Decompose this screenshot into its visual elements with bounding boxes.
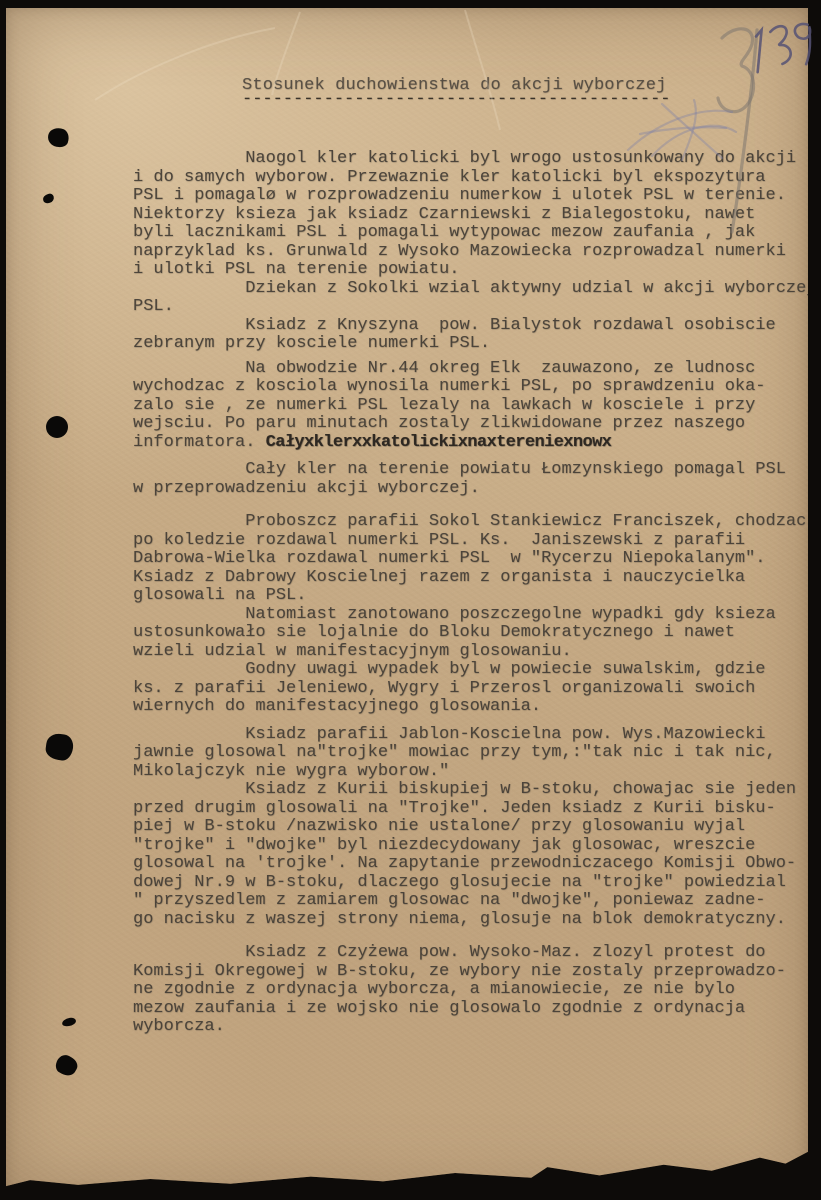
punch-hole xyxy=(61,1017,76,1027)
typed-overstrike-text: Całyxklerxxkatolickixnaxtereniexnowx xyxy=(266,433,612,452)
document-body: Naogol kler katolicki byl wrogo ustosunk… xyxy=(133,150,821,1037)
paragraph: Proboszcz parafii Sokol Stankiewicz Fran… xyxy=(133,513,821,606)
paragraph-text: Naogol kler katolicki byl wrogo ustosunk… xyxy=(133,149,796,279)
punch-hole xyxy=(42,193,55,205)
paragraph-text: Ksiadz z Knyszyna pow. Bialystok rozdawa… xyxy=(133,316,776,354)
paragraph: Dziekan z Sokolki wzial aktywny udzial w… xyxy=(133,280,821,317)
title-block: Stosunek duchowienstwa do akcji wyborcze… xyxy=(242,76,670,105)
paragraph-text: Ksiadz z Kurii biskupiej w B-stoku, chow… xyxy=(133,780,796,929)
paragraph: Ksiadz z Kurii biskupiej w B-stoku, chow… xyxy=(133,781,821,929)
punch-hole xyxy=(44,732,74,762)
punch-hole xyxy=(53,1052,81,1079)
punch-hole xyxy=(45,125,71,150)
paragraph: Naogol kler katolicki byl wrogo ustosunk… xyxy=(133,150,821,280)
paragraph-text: Proboszcz parafii Sokol Stankiewicz Fran… xyxy=(133,512,806,605)
paper-sheet: Stosunek duchowienstwa do akcji wyborcze… xyxy=(6,8,808,1192)
paragraph: Ksiadz z Knyszyna pow. Bialystok rozdawa… xyxy=(133,317,821,354)
paragraph: Na obwodzie Nr.44 okreg Elk zauwazono, z… xyxy=(133,360,821,453)
paragraph-text: Cały kler na terenie powiatu Łomzynskieg… xyxy=(133,460,786,498)
paragraph: Natomiast zanotowano poszczegolne wypadk… xyxy=(133,606,821,717)
paragraph-text: Ksiadz z Czyżewa pow. Wysoko-Maz. zlozyl… xyxy=(133,943,786,1036)
paragraph: Ksiadz parafii Jablon-Koscielna pow. Wys… xyxy=(133,726,821,782)
paragraph-text: Natomiast zanotowano poszczegolne wypadk… xyxy=(133,605,776,717)
paragraph-text: Ksiadz parafii Jablon-Koscielna pow. Wys… xyxy=(133,725,776,781)
paragraph: Ksiadz z Czyżewa pow. Wysoko-Maz. zlozyl… xyxy=(133,944,821,1037)
punch-hole xyxy=(46,416,68,438)
paragraph: Cały kler na terenie powiatu Łomzynskieg… xyxy=(133,461,821,498)
paragraph-text: Dziekan z Sokolki wzial aktywny udzial w… xyxy=(133,279,817,317)
scanned-document-page: { "document": { "title": "Stosunek ducho… xyxy=(0,0,821,1200)
title-underline: ----------------------------------------… xyxy=(242,95,670,105)
